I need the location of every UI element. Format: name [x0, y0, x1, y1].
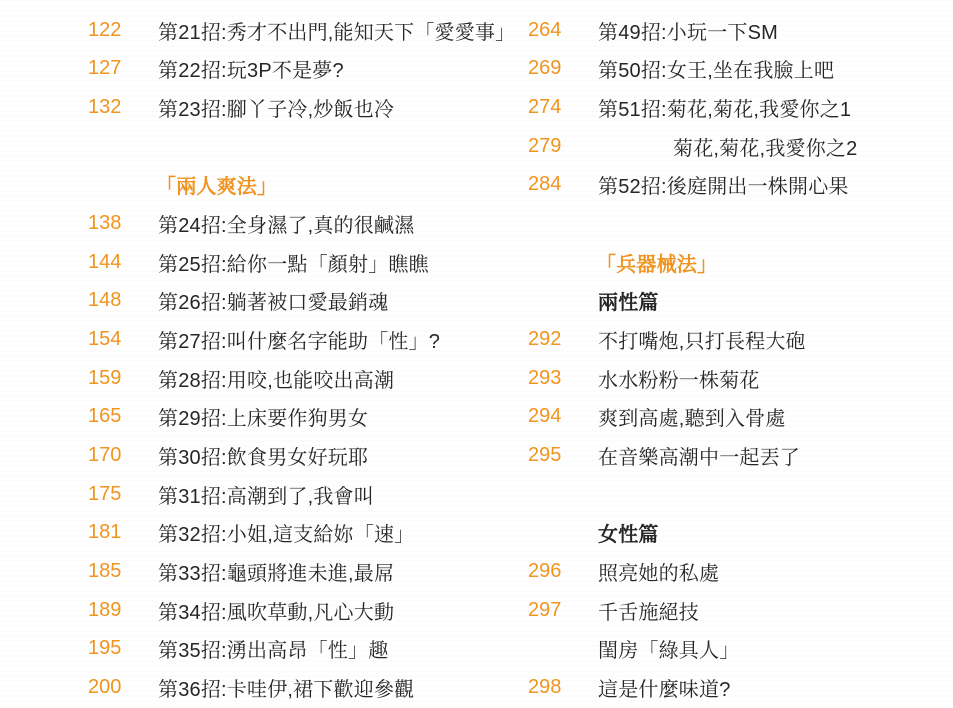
toc-entry-title: 第35招:湧出高昂「性」趣 — [158, 634, 388, 663]
toc-page-number: 122 — [88, 19, 158, 42]
toc-column-left: 122第21招:秀才不出門,能知天下「愛愛事」127第22招:玩3P不是夢?13… — [88, 11, 528, 707]
toc-section-heading-label: 「兩人爽法」 — [156, 170, 277, 199]
toc-entry-title: 第31招:高潮到了,我會叫 — [158, 480, 374, 509]
toc-entry-title: 照亮她的私處 — [598, 557, 719, 586]
toc-entry-row: 195第35招:湧出高昂「性」趣 — [88, 630, 528, 669]
toc-subsection-heading-row: 兩性篇 — [528, 282, 952, 321]
toc-blank-row — [88, 127, 528, 166]
toc-entry-row: 296照亮她的私處 — [528, 552, 952, 591]
toc-page-number: 200 — [88, 676, 158, 699]
toc-entry-row: 127第22招:玩3P不是夢? — [88, 50, 528, 89]
toc-page-number: 264 — [528, 19, 598, 42]
toc-entry-row: 170第30招:飲食男女好玩耶 — [88, 436, 528, 475]
toc-page-number: 138 — [88, 212, 158, 235]
toc-entry-title: 第24招:全身濕了,真的很鹹濕 — [158, 209, 414, 238]
toc-entry-row: 274第51招:菊花,菊花,我愛你之1 — [528, 88, 952, 127]
toc-blank-row — [528, 475, 952, 514]
toc-entry-row: 閨房「綠具人」 — [528, 630, 952, 669]
toc-page-number: 165 — [88, 405, 158, 428]
toc-page-number: 284 — [528, 173, 598, 196]
toc-entry-title: 在音樂高潮中一起丟了 — [598, 441, 800, 470]
toc-entry-title: 第32招:小姐,這支給妳「速」 — [158, 518, 414, 547]
toc-entry-row: 175第31招:高潮到了,我會叫 — [88, 475, 528, 514]
toc-entry-row: 144第25招:給你一點「顏射」瞧瞧 — [88, 243, 528, 282]
toc-entry-row: 297千舌施絕技 — [528, 591, 952, 630]
toc-page-number: 148 — [88, 289, 158, 312]
toc-entry-row: 294爽到高處,聽到入骨處 — [528, 398, 952, 437]
toc-entry-row: 279菊花,菊花,我愛你之2 — [528, 127, 952, 166]
toc-entry-title: 第50招:女王,坐在我臉上吧 — [598, 54, 834, 83]
toc-page-number: 293 — [528, 367, 598, 390]
toc-entry-title: 第23招:腳丫子冷,炒飯也冷 — [158, 93, 394, 122]
toc-entry-title: 第21招:秀才不出門,能知天下「愛愛事」 — [158, 16, 515, 45]
toc-page-number: 159 — [88, 367, 158, 390]
toc-page-number: 154 — [88, 328, 158, 351]
toc-entry-title: 第33招:龜頭將進未進,最屌 — [158, 557, 394, 586]
toc-page-number: 298 — [528, 676, 598, 699]
toc-page-number: 294 — [528, 405, 598, 428]
toc-page-number: 175 — [88, 483, 158, 506]
toc-entry-title: 第29招:上床要作狗男女 — [158, 402, 368, 431]
toc-page: 122第21招:秀才不出門,能知天下「愛愛事」127第22招:玩3P不是夢?13… — [0, 0, 953, 708]
toc-entry-row: 159第28招:用咬,也能咬出高潮 — [88, 359, 528, 398]
toc-entry-title: 第25招:給你一點「顏射」瞧瞧 — [158, 248, 429, 277]
toc-page-number: 127 — [88, 57, 158, 80]
toc-entry-row: 292不打嘴炮,只打長程大砲 — [528, 320, 952, 359]
toc-subsection-heading-row: 女性篇 — [528, 514, 952, 553]
toc-page-number: 195 — [88, 637, 158, 660]
toc-entry-row: 122第21招:秀才不出門,能知天下「愛愛事」 — [88, 11, 528, 50]
toc-entry-title: 這是什麼味道? — [598, 673, 731, 702]
toc-entry-title: 水水粉粉一株菊花 — [598, 364, 760, 393]
toc-entry-row: 132第23招:腳丫子冷,炒飯也冷 — [88, 88, 528, 127]
toc-page-number: 295 — [528, 444, 598, 467]
toc-entry-row: 154第27招:叫什麼名字能助「性」? — [88, 320, 528, 359]
toc-entry-title: 第51招:菊花,菊花,我愛你之1 — [598, 93, 851, 122]
toc-entry-title: 第49招:小玩一下SM — [598, 16, 778, 45]
toc-page-number: 292 — [528, 328, 598, 351]
toc-entry-row: 264第49招:小玩一下SM — [528, 11, 952, 50]
toc-entry-title: 第26招:躺著被口愛最銷魂 — [158, 286, 388, 315]
toc-page-number: 279 — [528, 135, 598, 158]
toc-entry-title: 千舌施絕技 — [598, 596, 699, 625]
toc-entry-title: 第34招:風吹草動,凡心大動 — [158, 596, 394, 625]
toc-section-heading-label: 「兵器械法」 — [596, 248, 717, 277]
toc-entry-title: 第30招:飲食男女好玩耶 — [158, 441, 368, 470]
toc-entry-title: 爽到高處,聽到入骨處 — [598, 402, 786, 431]
toc-page-number: 144 — [88, 251, 158, 274]
toc-page-number: 269 — [528, 57, 598, 80]
toc-entry-row: 298這是什麼味道? — [528, 668, 952, 707]
toc-entry-title: 第36招:卡哇伊,裙下歡迎參觀 — [158, 673, 414, 702]
toc-column-right: 264第49招:小玩一下SM269第50招:女王,坐在我臉上吧274第51招:菊… — [528, 11, 952, 707]
toc-page-number: 132 — [88, 96, 158, 119]
toc-entry-row: 165第29招:上床要作狗男女 — [88, 398, 528, 437]
toc-entry-row: 295在音樂高潮中一起丟了 — [528, 436, 952, 475]
toc-entry-title: 第52招:後庭開出一株開心果 — [598, 170, 849, 199]
toc-page-number: 185 — [88, 560, 158, 583]
toc-page-number: 170 — [88, 444, 158, 467]
toc-section-heading-row: 「兵器械法」 — [528, 243, 952, 282]
toc-entry-title: 不打嘴炮,只打長程大砲 — [598, 325, 806, 354]
toc-page-number: 297 — [528, 599, 598, 622]
toc-blank-row — [528, 204, 952, 243]
toc-page-number: 296 — [528, 560, 598, 583]
toc-entry-row: 293水水粉粉一株菊花 — [528, 359, 952, 398]
toc-entry-row: 200第36招:卡哇伊,裙下歡迎參觀 — [88, 668, 528, 707]
toc-entry-row: 284第52招:後庭開出一株開心果 — [528, 166, 952, 205]
toc-entry-title: 第22招:玩3P不是夢? — [158, 54, 344, 83]
toc-entry-row: 269第50招:女王,坐在我臉上吧 — [528, 50, 952, 89]
toc-entry-title: 閨房「綠具人」 — [598, 634, 739, 663]
toc-page-number: 181 — [88, 521, 158, 544]
toc-entry-row: 181第32招:小姐,這支給妳「速」 — [88, 514, 528, 553]
toc-section-heading-row: 「兩人爽法」 — [88, 166, 528, 205]
toc-page-number: 274 — [528, 96, 598, 119]
toc-entry-title: 第28招:用咬,也能咬出高潮 — [158, 364, 394, 393]
toc-entry-row: 148第26招:躺著被口愛最銷魂 — [88, 282, 528, 321]
toc-subsection-heading-label: 兩性篇 — [598, 286, 659, 315]
toc-subsection-heading-label: 女性篇 — [598, 518, 659, 547]
toc-page-number: 189 — [88, 599, 158, 622]
toc-entry-row: 189第34招:風吹草動,凡心大動 — [88, 591, 528, 630]
toc-entry-row: 138第24招:全身濕了,真的很鹹濕 — [88, 204, 528, 243]
toc-entry-title: 菊花,菊花,我愛你之2 — [598, 132, 857, 161]
toc-entry-row: 185第33招:龜頭將進未進,最屌 — [88, 552, 528, 591]
toc-entry-title: 第27招:叫什麼名字能助「性」? — [158, 325, 440, 354]
